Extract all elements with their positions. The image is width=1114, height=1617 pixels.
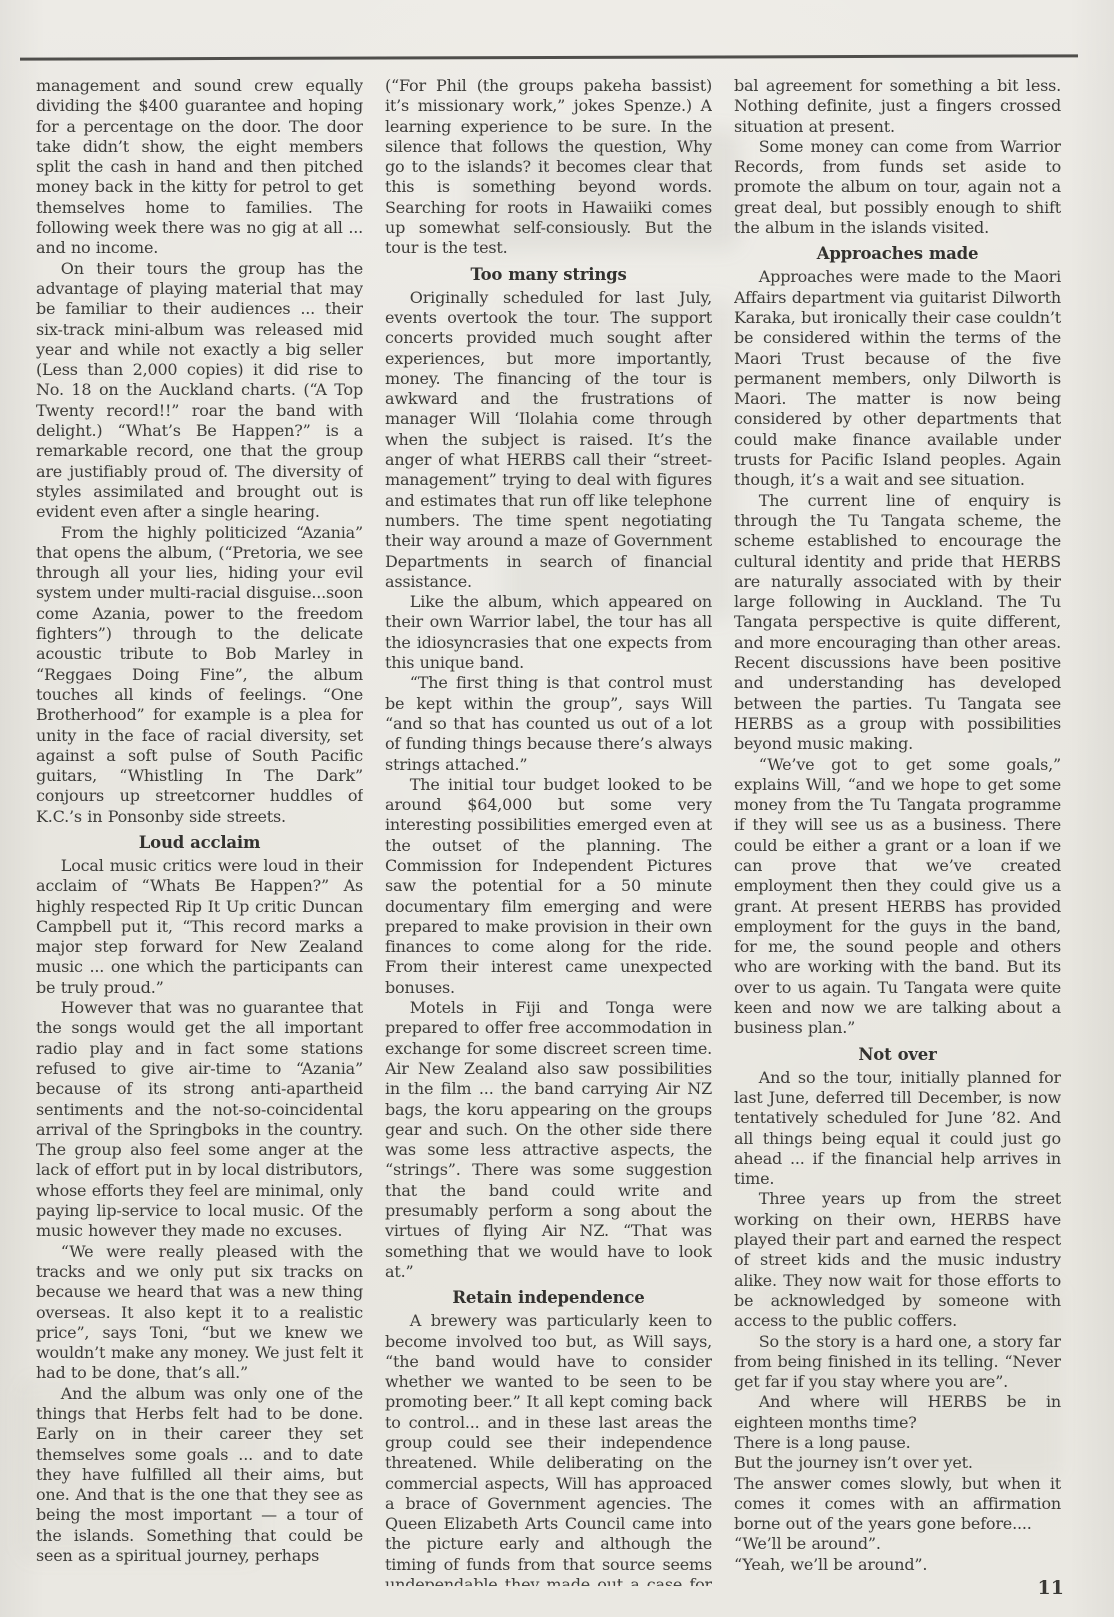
article-paragraph: Motels in Fiji and Tonga were prepared t…	[385, 998, 712, 1282]
article-paragraph: management and sound crew equally dividi…	[36, 76, 363, 259]
article-paragraph: Local music critics were loud in their a…	[36, 856, 363, 998]
page-number: 11	[1038, 1577, 1064, 1599]
article-paragraph: The initial tour budget looked to be aro…	[385, 775, 712, 998]
article-paragraph: The current line of enquiry is through t…	[734, 491, 1061, 755]
article-paragraph: However that was no guarantee that the s…	[36, 998, 363, 1242]
section-heading: Too many strings	[385, 265, 712, 285]
article-paragraph: The answer comes slowly, but when it com…	[734, 1474, 1061, 1535]
article-paragraph: From the highly politicized “Azania” tha…	[36, 523, 363, 827]
article-paragraph: Originally scheduled for last July, even…	[385, 288, 712, 592]
article-paragraph: There is a long pause.	[734, 1433, 1061, 1453]
article-paragraph: A brewery was particularly keen to becom…	[385, 1311, 712, 1586]
section-heading: Approaches made	[734, 244, 1061, 264]
article-column-right: bal agreement for something a bit less. …	[734, 76, 1061, 1586]
article-paragraph: Like the album, which appeared on their …	[385, 592, 712, 673]
article-paragraph: And where will HERBS be in eighteen mont…	[734, 1392, 1061, 1433]
article-paragraph: But the journey isn’t over yet.	[734, 1453, 1061, 1473]
article-columns: management and sound crew equally dividi…	[36, 76, 1062, 1586]
article-paragraph: And the album was only one of the things…	[36, 1384, 363, 1567]
section-heading: Not over	[734, 1045, 1061, 1065]
article-column-middle: (“For Phil (the groups pakeha bassist) i…	[385, 76, 712, 1586]
article-paragraph: Some money can come from Warrior Records…	[734, 137, 1061, 238]
article-paragraph: And so the tour, initially planned for l…	[734, 1068, 1061, 1190]
article-paragraph: “The first thing is that control must be…	[385, 673, 712, 774]
article-paragraph: On their tours the group has the advanta…	[36, 259, 363, 523]
article-paragraph: “We were really pleased with the tracks …	[36, 1242, 363, 1384]
magazine-page: management and sound crew equally dividi…	[0, 0, 1114, 1617]
article-paragraph: So the story is a hard one, a story far …	[734, 1332, 1061, 1393]
section-heading: Retain independence	[385, 1288, 712, 1308]
top-rule	[20, 54, 1078, 60]
article-paragraph: “We’ll be around”.	[734, 1534, 1061, 1554]
article-paragraph: Approaches were made to the Maori Affair…	[734, 267, 1061, 490]
article-paragraph: “Yeah, we’ll be around”.	[734, 1555, 1061, 1575]
article-column-left: management and sound crew equally dividi…	[36, 76, 363, 1586]
section-heading: Loud acclaim	[36, 833, 363, 853]
article-paragraph: “We’ve got to get some goals,” explains …	[734, 755, 1061, 1039]
article-paragraph: (“For Phil (the groups pakeha bassist) i…	[385, 76, 712, 259]
article-paragraph: Three years up from the street working o…	[734, 1189, 1061, 1331]
article-paragraph: bal agreement for something a bit less. …	[734, 76, 1061, 137]
